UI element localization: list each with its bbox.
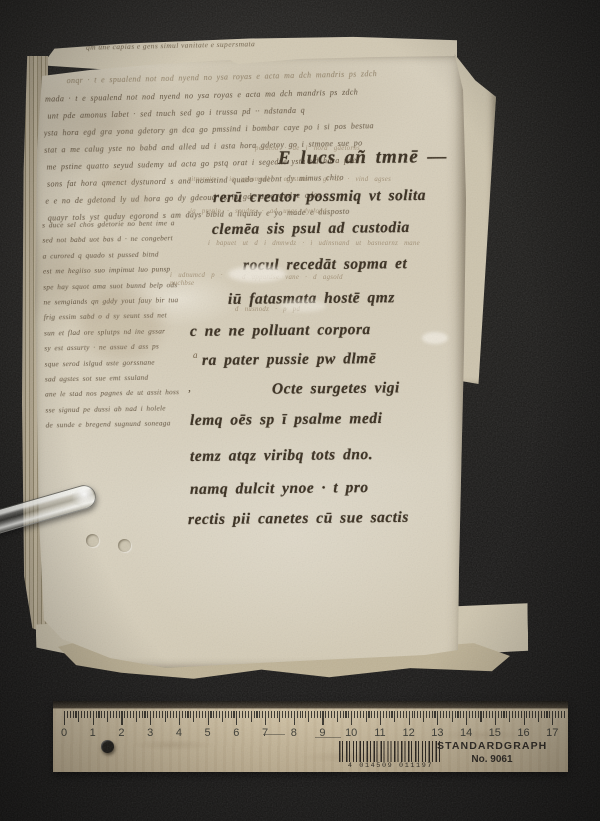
photo-canvas: qm une capias e gens simul vanitate e su…	[0, 0, 600, 821]
grain-texture	[0, 0, 600, 821]
